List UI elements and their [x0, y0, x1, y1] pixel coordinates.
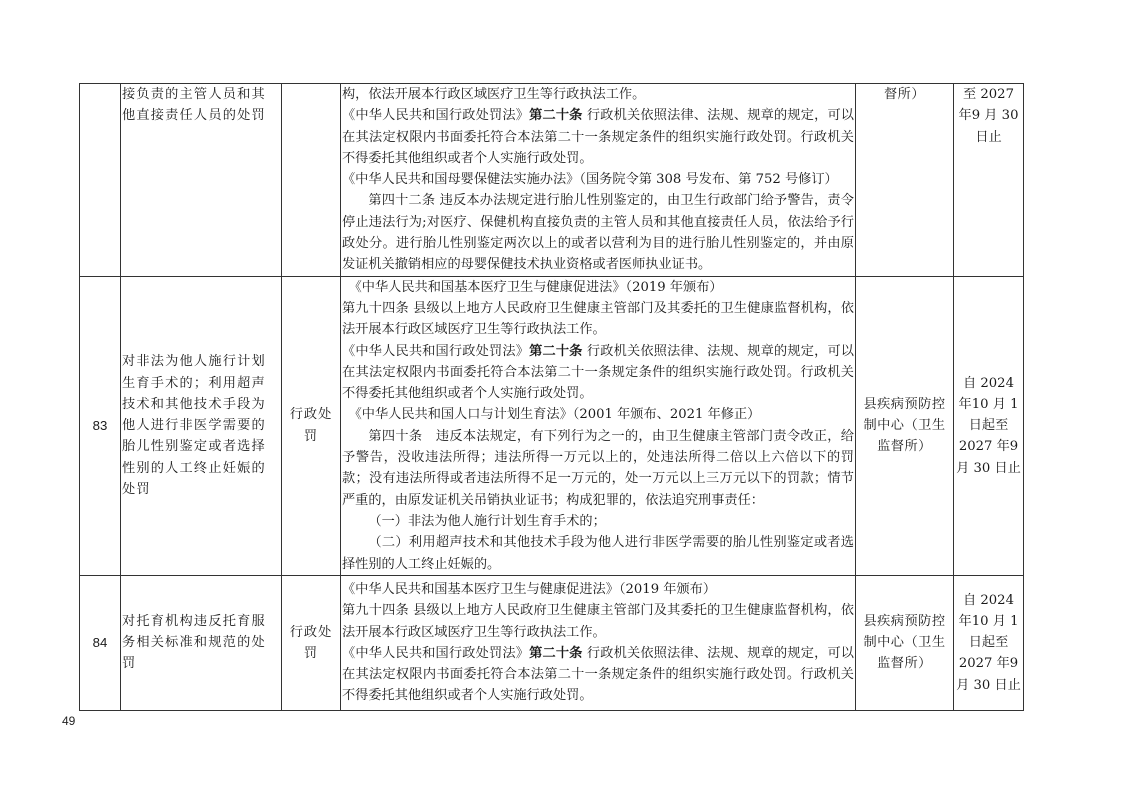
basis-paragraph: 《中华人民共和国基本医疗卫生与健康促进法》（2019 年颁布）	[342, 277, 854, 298]
legal-basis: 构，依法开展本行政区域医疗卫生等行政执法工作。 《中华人民共和国行政处罚法》第二…	[341, 84, 856, 277]
validity-period: 自 2024 年10 月 1 日起至 2027 年9 月 30 日止	[954, 276, 1024, 575]
penalty-authority-table: 接负责的主管人员和其他直接责任人员的处罚 构，依法开展本行政区域医疗卫生等行政执…	[79, 83, 1024, 711]
item-name: 接负责的主管人员和其他直接责任人员的处罚	[121, 84, 282, 277]
basis-paragraph: 构，依法开展本行政区域医疗卫生等行政执法工作。	[342, 84, 854, 105]
legal-basis: 《中华人民共和国基本医疗卫生与健康促进法》（2019 年颁布） 第九十四条 县级…	[341, 276, 856, 575]
row-number	[80, 84, 121, 277]
legal-basis: 《中华人民共和国基本医疗卫生与健康促进法》（2019 年颁布） 第九十四条 县级…	[341, 575, 856, 710]
item-type: 行政处罚	[282, 276, 341, 575]
table-row-83: 83 对非法为他人施行计划生育手术的；利用超声技术和其他技术手段为他人进行非医学…	[80, 276, 1024, 575]
basis-paragraph: 第九十四条 县级以上地方人民政府卫生健康主管部门及其委托的卫生健康监督机构，依法…	[342, 600, 854, 643]
document-page: 接负责的主管人员和其他直接责任人员的处罚 构，依法开展本行政区域医疗卫生等行政执…	[0, 0, 1122, 793]
article-ref: 第二十条	[529, 646, 582, 661]
item-type: 行政处罚	[282, 575, 341, 710]
item-type	[282, 84, 341, 277]
basis-paragraph: 《中华人民共和国人口与计划生育法》（2001 年颁布、2021 年修正）	[342, 404, 854, 425]
article-ref: 第二十条	[529, 108, 582, 123]
implementing-body: 县疾病预防控制中心（卫生监督所）	[856, 575, 954, 710]
implementing-body: 县疾病预防控制中心（卫生监督所）	[856, 276, 954, 575]
row-number: 83	[80, 276, 121, 575]
row-number: 84	[80, 575, 121, 710]
implementing-body: 督所）	[856, 84, 954, 277]
basis-list-item: （二）利用超声技术和其他技术手段为他人进行非医学需要的胎儿性别鉴定或者选择性别的…	[342, 532, 854, 575]
table-row-continued: 接负责的主管人员和其他直接责任人员的处罚 构，依法开展本行政区域医疗卫生等行政执…	[80, 84, 1024, 277]
basis-paragraph: 《中华人民共和国行政处罚法》第二十条 行政机关依照法律、法规、规章的规定，可以在…	[342, 105, 854, 169]
basis-paragraph: 《中华人民共和国母婴保健法实施办法》（国务院令第 308 号发布、第 752 号…	[342, 169, 854, 190]
validity-period: 至 2027 年9 月 30 日止	[954, 84, 1024, 277]
page-number: 49	[62, 714, 75, 728]
validity-period: 自 2024 年10 月 1 日起至 2027 年9 月 30 日止	[954, 575, 1024, 710]
basis-paragraph: 《中华人民共和国行政处罚法》第二十条 行政机关依照法律、法规、规章的规定，可以在…	[342, 341, 854, 405]
item-name: 对非法为他人施行计划生育手术的；利用超声技术和其他技术手段为他人进行非医学需要的…	[121, 276, 282, 575]
table-row-84: 84 对托育机构违反托育服务相关标准和规范的处罚 行政处罚 《中华人民共和国基本…	[80, 575, 1024, 710]
basis-paragraph: 第四十二条 违反本办法规定进行胎儿性别鉴定的，由卫生行政部门给予警告，责令停止违…	[342, 190, 854, 275]
item-name: 对托育机构违反托育服务相关标准和规范的处罚	[121, 575, 282, 710]
basis-paragraph: 第九十四条 县级以上地方人民政府卫生健康主管部门及其委托的卫生健康监督机构，依法…	[342, 298, 854, 341]
basis-paragraph: 第四十条 违反本法规定，有下列行为之一的，由卫生健康主管部门责令改正，给予警告，…	[342, 426, 854, 511]
basis-paragraph: 《中华人民共和国行政处罚法》第二十条 行政机关依照法律、法规、规章的规定，可以在…	[342, 643, 854, 707]
basis-list-item: （一）非法为他人施行计划生育手术的；	[342, 511, 854, 532]
article-ref: 第二十条	[529, 344, 582, 359]
basis-paragraph: 《中华人民共和国基本医疗卫生与健康促进法》（2019 年颁布）	[342, 579, 854, 600]
